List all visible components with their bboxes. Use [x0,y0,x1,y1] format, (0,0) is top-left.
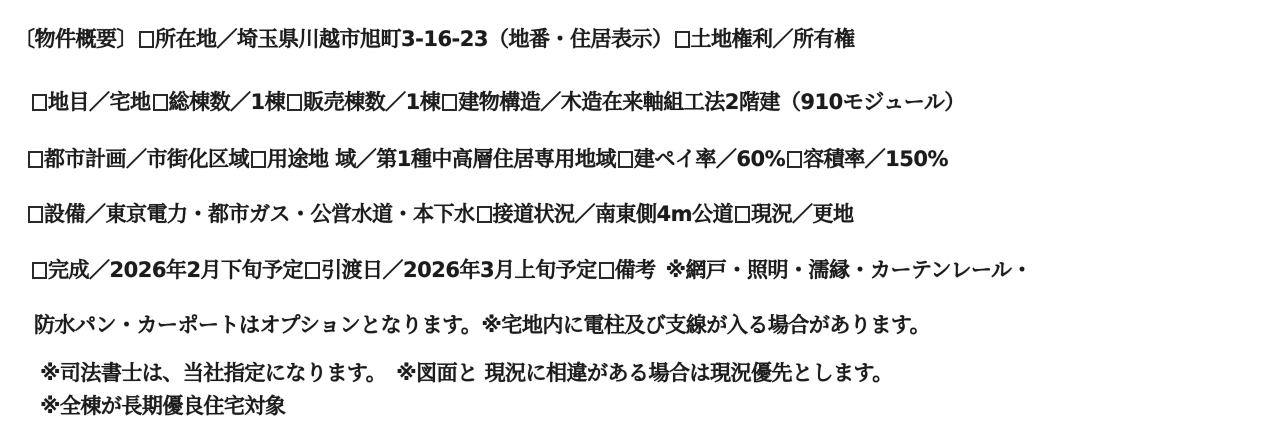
checkbox-icon [28,151,43,168]
summary-line-3: 都市計画／市街化区域用途地 域／第1種中高層住居専用地域建ペイ率／60%容積率／… [26,145,948,173]
land-rights-field: 土地権利／所有権 [691,27,855,51]
delivery-date-field: 引渡日／2026年3月上旬予定 [321,258,597,282]
summary-line-7: ※司法書士は、当社指定になります。※図面と 現況に相違がある場合は現況優先としま… [40,359,893,387]
property-summary-document: 〔物件概要〕所在地／埼玉県川越市旭町3-16-23（地番・住居表示）土地権利／所… [0,0,1280,445]
coverage-ratio-field: 建ペイ率／60% [634,147,785,171]
summary-line-4: 設備／東京電力・都市ガス・公営水道・本下水接道状況／南東側4m公道現況／更地 [26,200,854,228]
remarks-note-drawings: ※図面と 現況に相違がある場合は現況優先とします。 [396,361,893,385]
checkbox-icon [675,31,690,48]
checkbox-icon [618,151,633,168]
checkbox-icon [32,94,47,111]
summary-heading: 〔物件概要〕 [14,27,137,51]
checkbox-icon [599,262,614,279]
current-state-field: 現況／更地 [751,202,854,226]
utilities-field: 設備／東京電力・都市ガス・公営水道・本下水 [44,202,475,226]
checkbox-icon [287,94,302,111]
remarks-note-options: ※網戸・照明・濡縁・カーテンレール・ [666,258,1032,282]
checkbox-icon [251,151,266,168]
remarks-note-utility-poles: 防水パン・カーポートはオプションとなります。※宅地内に電柱及び支線が入る場合があ… [34,313,930,337]
checkbox-icon [153,94,168,111]
total-buildings-field: 総棟数／1棟 [169,90,286,114]
checkbox-icon [477,206,492,223]
checkbox-icon [139,31,154,48]
zoning-field: 用途地 域／第1種中高層住居専用地域 [267,147,616,171]
remarks-note-scrivener: ※司法書士は、当社指定になります。 [40,361,386,385]
summary-line-1: 〔物件概要〕所在地／埼玉県川越市旭町3-16-23（地番・住居表示）土地権利／所… [14,25,855,53]
checkbox-icon [28,206,43,223]
checkbox-icon [442,94,457,111]
remarks-label: 備考 [615,258,656,282]
structure-field: 建物構造／木造在来軸組工法2階建（910モジュール） [458,90,965,114]
buildings-for-sale-field: 販売棟数／1棟 [303,90,440,114]
summary-line-8: ※全棟が長期優良住宅対象 [40,392,285,420]
road-access-field: 接道状況／南東側4m公道 [493,202,734,226]
summary-line-6: 防水パン・カーポートはオプションとなります。※宅地内に電柱及び支線が入る場合があ… [34,311,930,339]
completion-field: 完成／2026年2月下旬予定 [48,258,303,282]
checkbox-icon [787,151,802,168]
summary-line-2: 地目／宅地総棟数／1棟販売棟数／1棟建物構造／木造在来軸組工法2階建（910モジ… [30,88,965,116]
checkbox-icon [735,206,750,223]
remarks-note-long-term-housing: ※全棟が長期優良住宅対象 [40,394,285,418]
city-planning-field: 都市計画／市街化区域 [44,147,249,171]
land-category-field: 地目／宅地 [48,90,151,114]
floor-area-ratio-field: 容積率／150% [803,147,948,171]
checkbox-icon [305,262,320,279]
checkbox-icon [32,262,47,279]
summary-line-5: 完成／2026年2月下旬予定引渡日／2026年3月上旬予定備考※網戸・照明・濡縁… [30,256,1032,284]
location-field: 所在地／埼玉県川越市旭町3-16-23（地番・住居表示） [155,27,673,51]
